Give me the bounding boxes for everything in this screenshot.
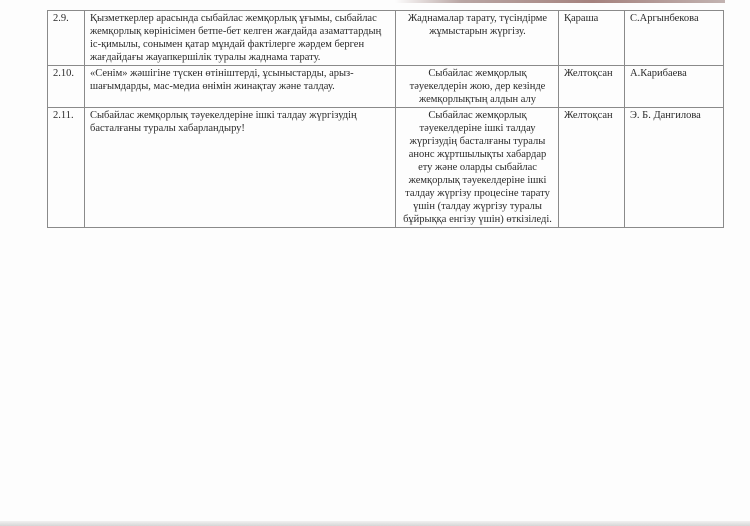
row-action: Сыбайлас жемқорлық тәуекелдеріне ішкі та… [396,108,559,228]
row-deadline: Желтоқсан [559,66,625,108]
row-deadline: Қараша [559,11,625,66]
row-action: Сыбайлас жемқорлық тәуекелдерін жою, дер… [396,66,559,108]
row-description: Сыбайлас жемқорлық тәуекелдеріне ішкі та… [85,108,396,228]
table-row: 2.9. Қызметкерлер арасында сыбайлас жемқ… [48,11,724,66]
row-number: 2.10. [48,66,85,108]
row-description: Қызметкерлер арасында сыбайлас жемқорлық… [85,11,396,66]
row-number: 2.9. [48,11,85,66]
row-responsible: С.Аргынбекова [625,11,724,66]
row-number: 2.11. [48,108,85,228]
row-deadline: Желтоқсан [559,108,625,228]
plan-table: 2.9. Қызметкерлер арасында сыбайлас жемқ… [47,10,724,228]
row-description: «Сенім» жәшігіне түскен өтініштерді, ұсы… [85,66,396,108]
scan-artifact-bottom-band [0,521,750,526]
table-row: 2.11. Сыбайлас жемқорлық тәуекелдеріне і… [48,108,724,228]
scan-artifact-top-band [395,0,725,3]
row-responsible: Э. Б. Дангилова [625,108,724,228]
row-responsible: А.Карибаева [625,66,724,108]
table-row: 2.10. «Сенім» жәшігіне түскен өтініштерд… [48,66,724,108]
row-action: Жаднамалар тарату, түсіндірме жұмыстарын… [396,11,559,66]
